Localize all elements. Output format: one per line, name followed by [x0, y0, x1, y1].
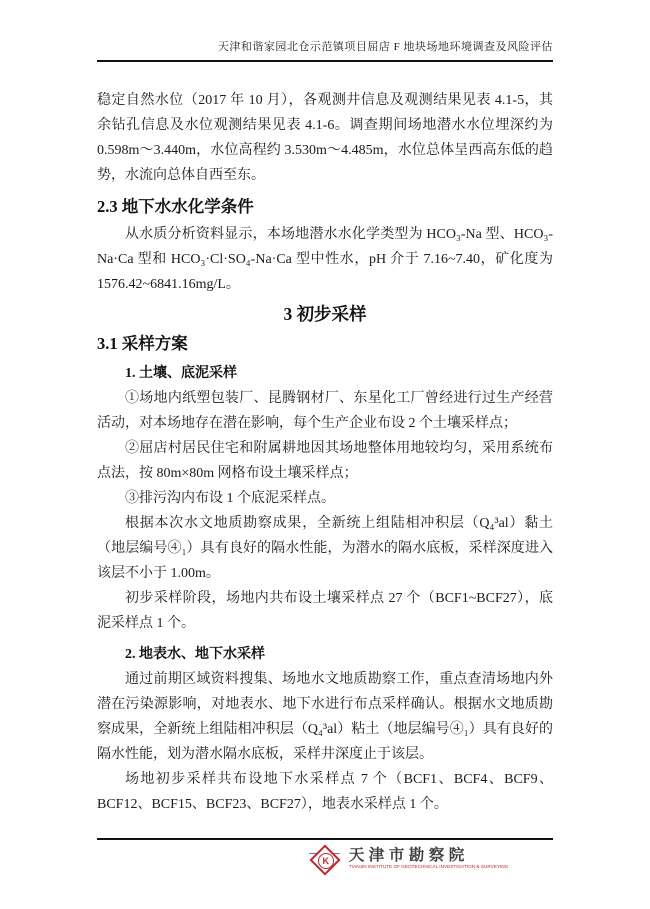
institute-logo: K 天津市勘察院 TIANJIN INSTITUTE OF GEOTECHNIC… [308, 843, 553, 879]
soil-sampling-item-3: ③排污沟内布设 1 个底泥采样点。 [97, 486, 553, 511]
section-2-3-heading: 2.3 地下水水化学条件 [97, 196, 553, 218]
para-water-sampling-plan: 通过前期区域资料搜集、场地水文地质勘察工作，重点查清场地内外潜在污染源影响，对地… [97, 667, 553, 767]
subsection-soil-sediment-heading: 1. 土壤、底泥采样 [97, 361, 553, 386]
running-title: 天津和谐家园北仓示范镇项目屈店 F 地块场地环境调查及风险评估 [97, 40, 553, 54]
para-soil-sampling-points: 初步采样阶段，场地内共布设土壤采样点 27 个（BCF1~BCF27），底泥采样… [97, 586, 553, 636]
document-page: 天津和谐家园北仓示范镇项目屈店 F 地块场地环境调查及风险评估 稳定自然水位（2… [0, 0, 650, 909]
page-content: 稳定自然水位（2017 年 10 月），各观测井信息及观测结果见表 4.1-5，… [97, 88, 553, 817]
surveyor-logo-icon: K [308, 843, 344, 879]
para-water-sampling-points: 场地初步采样共布设地下水采样点 7 个（BCF1、BCF4、BCF9、BCF12… [97, 767, 553, 817]
soil-sampling-item-1: ①场地内纸塑包装厂、昆腾钢材厂、东星化工厂曾经进行过生产经营活动，对本场地存在潜… [97, 386, 553, 436]
soil-sampling-item-2: ②屈店村居民住宅和附属耕地因其场地整体用地较均匀，采用系统布点法，按 80m×8… [97, 436, 553, 486]
logo-circle-mark: K [318, 853, 334, 869]
para-water-level: 稳定自然水位（2017 年 10 月），各观测井信息及观测结果见表 4.1-5，… [97, 88, 553, 188]
page-footer: —5— K 天津市勘察院 TIANJIN INSTITUTE OF GEOTEC… [97, 838, 553, 892]
subsection-surface-groundwater-heading: 2. 地表水、地下水采样 [97, 642, 553, 667]
chapter-3-title: 3 初步采样 [97, 303, 553, 325]
institute-name-en: TIANJIN INSTITUTE OF GEOTECHNICAL INVEST… [349, 865, 508, 870]
section-3-1-heading: 3.1 采样方案 [97, 333, 553, 355]
footer-row: —5— K 天津市勘察院 TIANJIN INSTITUTE OF GEOTEC… [97, 840, 553, 892]
institute-name-cn: 天津市勘察院 [349, 847, 553, 864]
para-aquitard-layer: 根据本次水文地质勘察成果，全新统上组陆相冲积层（Q₄³al）黏土（地层编号④₁）… [97, 511, 553, 586]
page-header: 天津和谐家园北仓示范镇项目屈店 F 地块场地环境调查及风险评估 [97, 40, 553, 62]
para-hydrochemistry: 从水质分析资料显示，本场地潜水水化学类型为 HCO₃-Na 型、HCO₃-Na·… [97, 222, 553, 297]
logo-text-block: 天津市勘察院 TIANJIN INSTITUTE OF GEOTECHNICAL… [349, 843, 553, 871]
